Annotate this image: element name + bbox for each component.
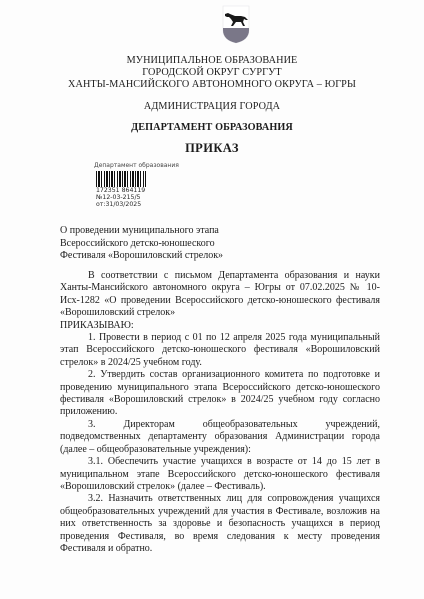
administration-heading: АДМИНИСТРАЦИЯ ГОРОДА: [0, 101, 424, 113]
preamble-paragraph: В соответствии с письмом Департамента об…: [60, 270, 380, 320]
subject-line: О проведении муниципального этапа: [60, 225, 223, 238]
document-subject: О проведении муниципального этапа Всерос…: [60, 225, 223, 263]
order-item-3: 3. Директорам общеобразовательных учрежд…: [60, 419, 380, 456]
order-word: ПРИКАЗЫВАЮ:: [60, 320, 380, 332]
coat-of-arms-fox-icon: [221, 4, 251, 44]
registration-number: №12-03-215/5: [96, 194, 184, 201]
municipality-line: МУНИЦИПАЛЬНОЕ ОБРАЗОВАНИЕ: [0, 55, 424, 67]
order-item-3-2: 3.2. Назначить ответственных лиц для соп…: [60, 493, 380, 555]
subject-line: Фестиваля «Ворошиловский стрелок»: [60, 250, 223, 263]
order-item-2: 2. Утвердить состав организационного ком…: [60, 369, 380, 419]
city-district-line: ГОРОДСКОЙ ОКРУГ СУРГУТ: [0, 67, 424, 79]
subject-line: Всероссийского детско-юношеского: [60, 238, 223, 251]
barcode: [96, 171, 146, 187]
stamp-organization: Департамент образования: [94, 162, 184, 169]
barcode-number: 172351 864119: [96, 187, 184, 194]
okrug-line: ХАНТЫ-МАНСИЙСКОГО АВТОНОМНОГО ОКРУГА – Ю…: [0, 79, 424, 91]
registration-date: от:31/03/2025: [96, 201, 184, 208]
order-item-1: 1. Провести в период с 01 по 12 апреля 2…: [60, 332, 380, 369]
document-page: МУНИЦИПАЛЬНОЕ ОБРАЗОВАНИЕ ГОРОДСКОЙ ОКРУ…: [0, 0, 424, 599]
document-title: ПРИКАЗ: [0, 142, 424, 154]
department-heading: ДЕПАРТАМЕНТ ОБРАЗОВАНИЯ: [0, 122, 424, 134]
registration-stamp: Департамент образования 172351 864119 №1…: [94, 162, 184, 208]
order-item-3-1: 3.1. Обеспечить участие учащихся в возра…: [60, 456, 380, 493]
document-body: В соответствии с письмом Департамента об…: [60, 270, 380, 555]
